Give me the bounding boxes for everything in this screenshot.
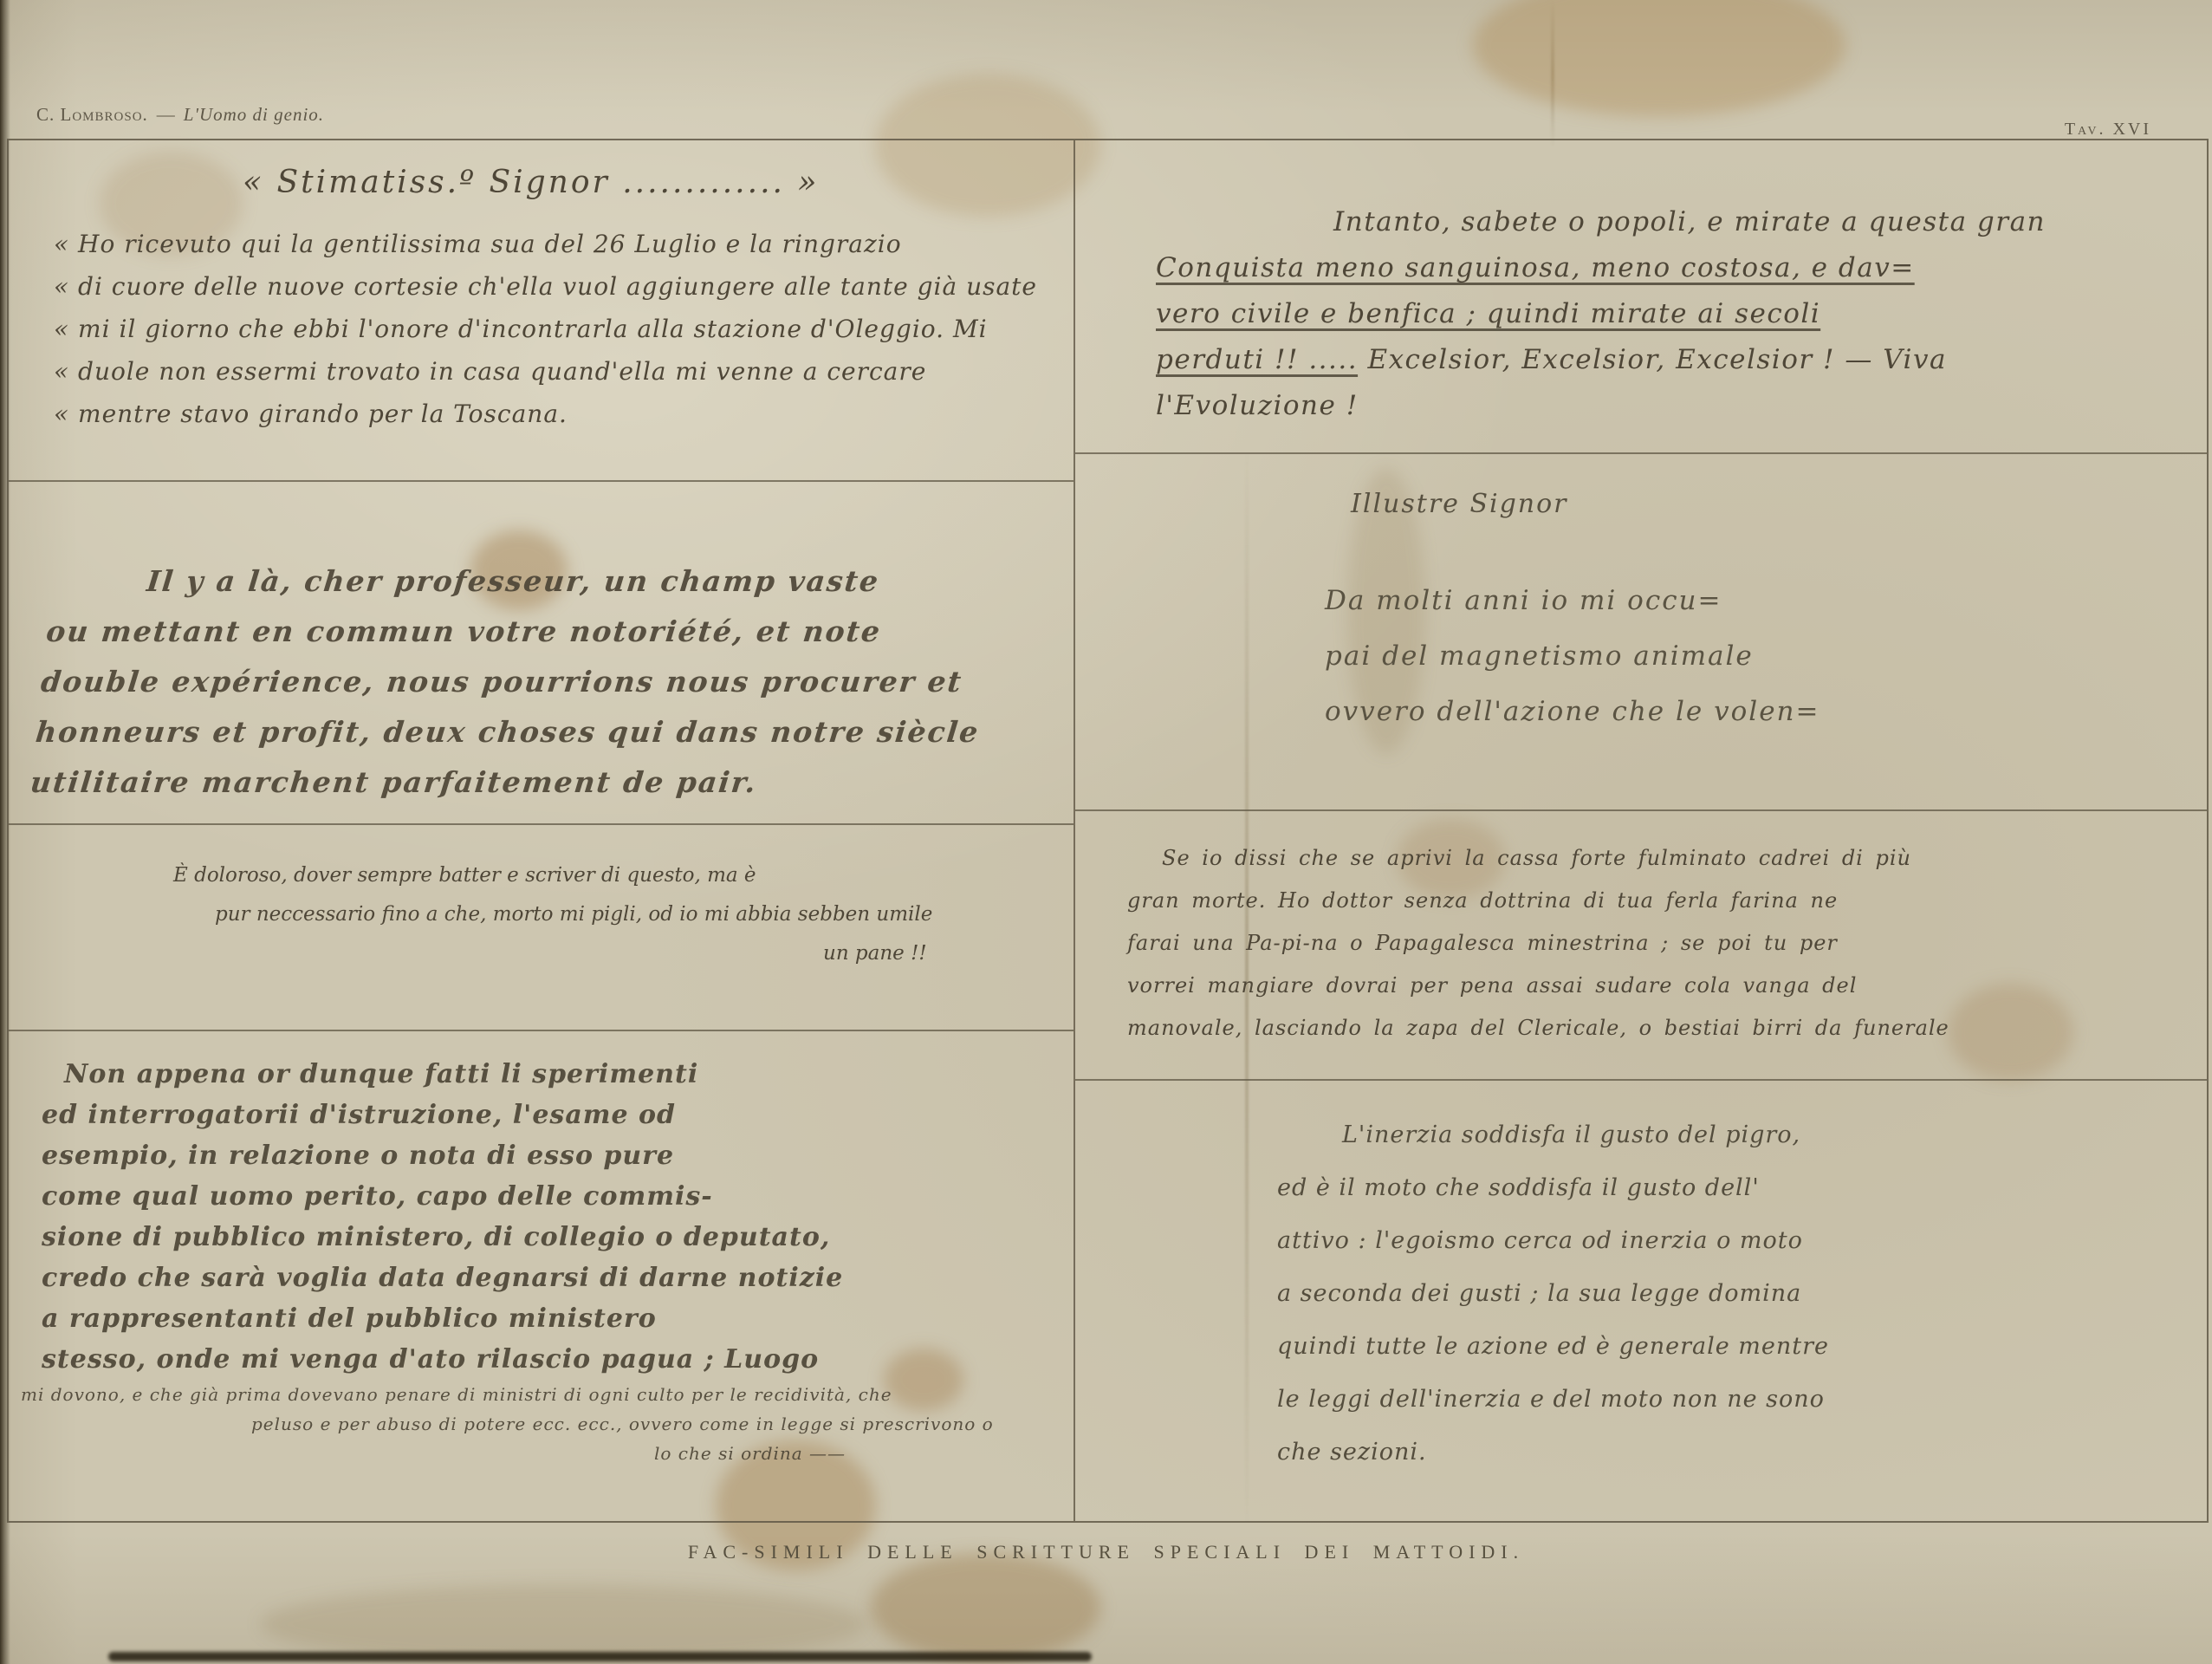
header-separator: — — [148, 104, 184, 125]
handwriting-block: Se io dissi che se aprivi la cassa forte… — [1074, 809, 2207, 1050]
plate-number: Tav. XVI — [2065, 120, 2151, 140]
handwriting-line: quindi tutte le azione ed è generale men… — [1074, 1320, 2207, 1373]
handwriting-line: ed interrogatorii d'istruzione, l'esame … — [9, 1095, 1074, 1135]
facsimile-panel-french-letter: Il y a là, cher professeur, un champ vas… — [9, 480, 1074, 823]
handwriting-line: honneurs et profit, deux choses qui dans… — [9, 707, 1067, 757]
handwriting-block: Non appena or dunque fatti li sperimenti… — [9, 1030, 1074, 1468]
handwriting-line: Se io dissi che se aprivi la cassa forte… — [1074, 837, 2207, 880]
handwriting-line: pur neccessario fino a che, morto mi pig… — [9, 895, 1074, 934]
handwriting-line: ou mettant en commun votre notoriété, et… — [9, 607, 1074, 657]
handwriting-line: manovale, lasciando la zapa del Clerical… — [1074, 1007, 2207, 1050]
handwriting-line: credo che sarà voglia data degnarsi di d… — [9, 1258, 1074, 1298]
handwriting-line-underlined: vero civile e benfica ; quindi mirate ai… — [1074, 291, 2207, 337]
handwriting-line: È doloroso, dover sempre batter e scrive… — [9, 823, 1074, 895]
handwriting-line: peluso e per abuso di potere ecc. ecc., … — [9, 1409, 1074, 1439]
handwriting-line: farai una Pa-pi-na o Papagalesca minestr… — [1074, 922, 2207, 965]
handwriting-line: vorrei mangiare dovrai per pena assai su… — [1074, 965, 2207, 1007]
underlined-fragment: perduti !! ..... — [1156, 344, 1358, 375]
facsimile-panel-doloroso-note: È doloroso, dover sempre batter e scrive… — [9, 823, 1074, 1030]
handwriting-line: L'inerzia soddisfa il gusto del pigro, — [1074, 1108, 2207, 1161]
facsimile-panel-magnetism-letter: Illustre Signor Da molti anni io mi occu… — [1074, 452, 2207, 809]
handwriting-line: ovvero dell'azione che le volen= — [1074, 684, 2207, 739]
handwriting-line: « Ho ricevuto qui la gentilissima sua de… — [9, 223, 1074, 265]
facsimile-panel-legal-rant: Non appena or dunque fatti li sperimenti… — [9, 1030, 1074, 1521]
author-name: C. Lombroso. — [36, 104, 148, 125]
line-fragment: Excelsior, Excelsior, Excelsior ! — Viva — [1358, 344, 1947, 375]
handwriting-line: un pane !! — [9, 934, 1074, 973]
handwriting-line: sione di pubblico ministero, di collegio… — [9, 1217, 1074, 1258]
handwriting-line-underlined: Conquista meno sanguinosa, meno costosa,… — [1074, 245, 2207, 291]
handwriting-line: Intanto, sabete o popoli, e mirate a que… — [1074, 199, 2207, 245]
paper-stain — [871, 1553, 1100, 1661]
work-title: L'Uomo di genio. — [184, 104, 324, 125]
handwriting-line: « di cuore delle nuove cortesie ch'ella … — [9, 265, 1074, 308]
handwriting-line: stesso, onde mi venga d'ato rilascio pag… — [9, 1339, 1074, 1380]
handwriting-line: « mentre stavo girando per la Toscana. — [9, 393, 1074, 435]
handwriting-line: come qual uomo perito, capo delle commis… — [9, 1176, 1074, 1217]
handwriting-line: « duole non essermi trovato in casa quan… — [9, 350, 1074, 393]
handwriting-line: a rappresentanti del pubblico ministero — [9, 1298, 1074, 1339]
handwriting-line: Non appena or dunque fatti li sperimenti — [9, 1054, 1074, 1095]
handwriting-line: double expérience, nous pourrions nous p… — [9, 657, 1072, 707]
handwriting-line: mi dovono, e che già prima dovevano pena… — [9, 1380, 1074, 1409]
handwriting-line: ed è il moto che soddisfa il gusto dell' — [1074, 1161, 2207, 1214]
handwriting-block: Intanto, sabete o popoli, e mirate a que… — [1074, 140, 2207, 429]
handwriting-block: Il y a là, cher professeur, un champ vas… — [9, 480, 1074, 808]
scanned-book-page: C. Lombroso.—L'Uomo di genio. Tav. XVI «… — [0, 0, 2212, 1664]
facsimile-panel-inerzia: L'inerzia soddisfa il gusto del pigro, e… — [1074, 1079, 2207, 1521]
facsimile-panel-excelsior: Intanto, sabete o popoli, e mirate a que… — [1074, 140, 2207, 452]
handwriting-line: utilitaire marchent parfaitement de pair… — [9, 757, 1061, 808]
handwriting-line: Da molti anni io mi occu= — [1074, 573, 2207, 628]
handwriting-line: l'Evoluzione ! — [1074, 383, 2207, 429]
facsimile-plate-frame: « Stimatiss.º Signor ............. » « H… — [7, 139, 2209, 1523]
handwriting-line: attivo : l'egoismo cerca od inerzia o mo… — [1074, 1214, 2207, 1267]
paper-stain — [1473, 0, 1845, 117]
letter-salutation: Illustre Signor — [1074, 452, 2207, 519]
page-bottom-edge — [108, 1652, 1092, 1661]
handwriting-line: che sezioni. — [1074, 1426, 2207, 1479]
handwriting-line: le leggi dell'inerzia e del moto non ne … — [1074, 1373, 2207, 1426]
facsimile-panel-cassa-forte: Se io dissi che se aprivi la cassa forte… — [1074, 809, 2207, 1079]
plate-caption: FAC-SIMILI DELLE SCRITTURE SPECIALI DEI … — [0, 1541, 2212, 1563]
handwriting-line: pai del magnetismo animale — [1074, 628, 2207, 684]
running-header: C. Lombroso.—L'Uomo di genio. — [36, 104, 324, 126]
facsimile-panel-letter-stimatissimo: « Stimatiss.º Signor ............. » « H… — [9, 140, 1074, 480]
handwriting-block: L'inerzia soddisfa il gusto del pigro, e… — [1074, 1079, 2207, 1479]
handwriting-line: lo che si ordina —— — [9, 1439, 1074, 1468]
handwriting-line: perduti !! ..... Excelsior, Excelsior, E… — [1074, 337, 2207, 383]
handwriting-block: Da molti anni io mi occu= pai del magnet… — [1074, 519, 2207, 739]
handwriting-line: a seconda dei gusti ; la sua legge domin… — [1074, 1267, 2207, 1320]
handwriting-line: esempio, in relazione o nota di esso pur… — [9, 1135, 1074, 1176]
handwriting-line: Il y a là, cher professeur, un champ vas… — [13, 556, 1074, 607]
letter-salutation: « Stimatiss.º Signor ............. » — [9, 140, 1074, 223]
handwriting-line: gran morte. Ho dottor senza dottrina di … — [1074, 880, 2207, 922]
handwriting-line: « mi il giorno che ebbi l'onore d'incont… — [9, 308, 1074, 350]
